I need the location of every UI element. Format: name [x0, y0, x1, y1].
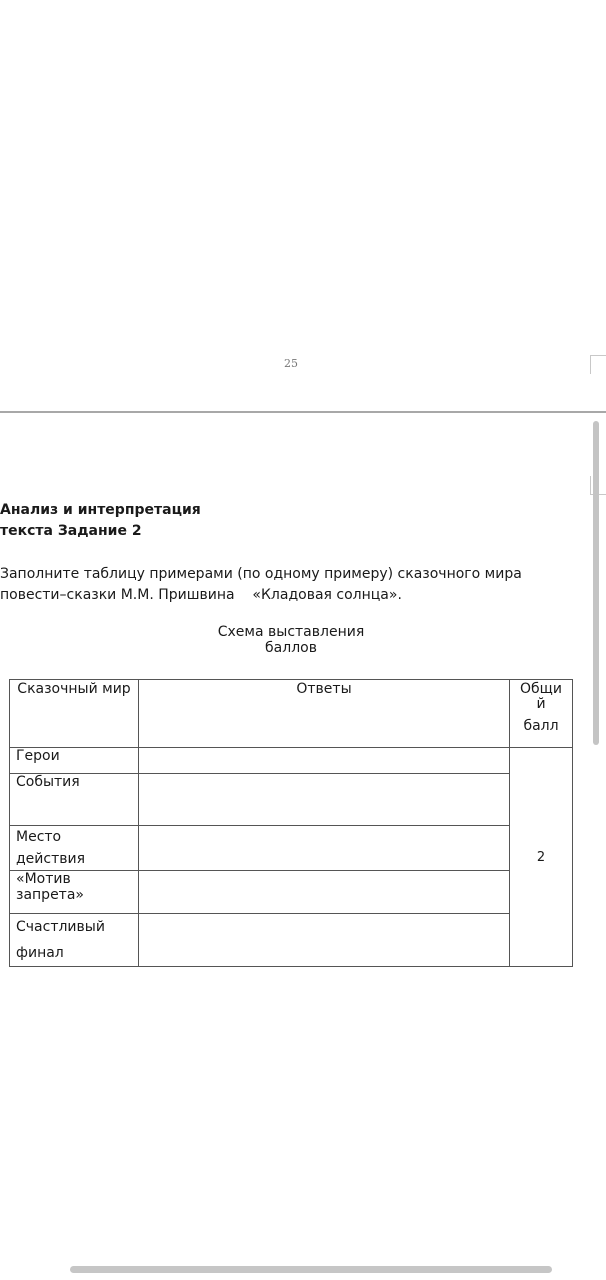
answer-cell-place[interactable] — [139, 826, 510, 871]
table-row: События — [10, 774, 573, 826]
table-row: Герои 2 — [10, 748, 573, 774]
table-row: «Мотив запрета» — [10, 871, 573, 914]
row-label-events: События — [10, 774, 139, 826]
row-label-line: «Мотив — [16, 871, 132, 887]
row-label-line: финал — [16, 940, 132, 966]
row-label-heroes: Герои — [10, 748, 139, 774]
answer-cell-final[interactable] — [139, 914, 510, 967]
scheme-title-line: Схема выставления — [190, 624, 392, 640]
answer-cell-events[interactable] — [139, 774, 510, 826]
instruction-line: Заполните таблицу примерами (по одному п… — [0, 564, 560, 585]
scoring-table: Сказочный мир Ответы Общи й балл Герои 2… — [9, 679, 573, 967]
scoring-scheme-title: Схема выставления баллов — [190, 624, 392, 656]
horizontal-scrollbar[interactable] — [70, 1266, 552, 1273]
task-instruction: Заполните таблицу примерами (по одному п… — [0, 564, 560, 606]
task-heading-line: текста Задание 2 — [0, 521, 201, 542]
answer-cell-motif[interactable] — [139, 871, 510, 914]
header-world: Сказочный мир — [10, 680, 139, 748]
table-header-row: Сказочный мир Ответы Общи й балл — [10, 680, 573, 748]
answer-cell-heroes[interactable] — [139, 748, 510, 774]
table-row: Счастливый финал — [10, 914, 573, 967]
scheme-title-line: баллов — [190, 640, 392, 656]
task-heading: Анализ и интерпретация текста Задание 2 — [0, 500, 201, 542]
page-number: 25 — [0, 357, 582, 370]
header-answers: Ответы — [139, 680, 510, 748]
page-corner-mark — [590, 355, 606, 374]
row-label-final: Счастливый финал — [10, 914, 139, 967]
table-row: Место действия — [10, 826, 573, 871]
instruction-line: повести–сказки М.М. Пришвина «Кладовая с… — [0, 585, 560, 606]
row-label-line: запрета» — [16, 887, 132, 903]
row-label-line: Счастливый — [16, 914, 132, 940]
page-divider — [0, 411, 606, 413]
header-total: Общи й балл — [510, 680, 573, 748]
total-score-cell: 2 — [510, 748, 573, 967]
row-label-place: Место действия — [10, 826, 139, 871]
row-label-motif: «Мотив запрета» — [10, 871, 139, 914]
vertical-scrollbar[interactable] — [593, 421, 599, 745]
header-total-line: балл — [516, 718, 566, 735]
task-heading-line: Анализ и интерпретация — [0, 500, 201, 521]
header-total-line: й — [516, 698, 566, 710]
